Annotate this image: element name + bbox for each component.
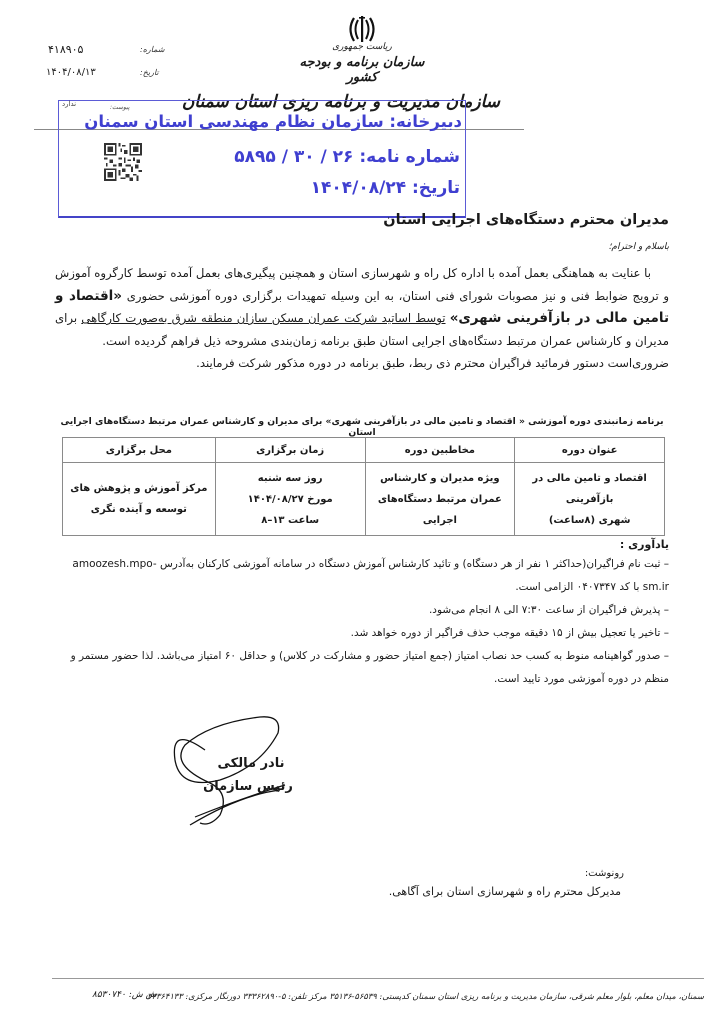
presidency-label: ریاست جمهوری xyxy=(330,42,394,52)
footer-divider xyxy=(52,978,704,979)
salutation: باسلام و احترام؛ xyxy=(609,242,669,252)
cell-text: ساعت ۱۳–۸ xyxy=(217,510,364,531)
table-row: اقتصاد و تامین مالی در بازآفرینی شهری (۸… xyxy=(63,463,665,536)
reminders-title: یادآوری : xyxy=(620,538,669,551)
cell-course-title: اقتصاد و تامین مالی در بازآفرینی شهری (۸… xyxy=(515,463,665,536)
letter-date-value: ۱۴۰۴/۰۸/۱۳ xyxy=(46,67,96,78)
cell-text: اقتصاد و تامین مالی در بازآفرینی xyxy=(516,468,663,510)
cell-time: روز سه شنبه مورخ ۱۴۰۴/۰۸/۲۷ ساعت ۱۳–۸ xyxy=(215,463,365,536)
body-paragraph-4: ضروری‌است دستور فرمائید فراگیران محترم ذ… xyxy=(55,352,669,375)
letter-number-value: ۴۱۸۹۰۵ xyxy=(48,43,83,56)
reminders-list: – ثبت نام فراگیران(حداکثر ۱ نفر از هر دس… xyxy=(55,553,669,691)
footer-address: سمنان، میدان معلم، بلوار معلم شرقی، سازم… xyxy=(147,991,704,1001)
header-course-title: عنوان دوره xyxy=(515,438,665,463)
body-instructors: توسط اساتید شرکت عمران مسکن سازان منطقه … xyxy=(81,311,445,325)
stamp-secretariat: دبیرخانه: سازمان نظام مهندسی استان سمنان xyxy=(84,112,462,131)
cell-text: ویژه مدیران و کارشناس xyxy=(367,468,514,489)
reminder-item: – ثبت نام فراگیران(حداکثر ۱ نفر از هر دس… xyxy=(55,553,669,599)
letter-body: با عنایت به هماهنگی بعمل آمده با اداره ک… xyxy=(55,262,669,375)
reminder-item: – پذیرش فراگیران از ساعت ۷:۳۰ الی ۸ انجا… xyxy=(55,599,669,622)
cell-text: توسعه و آینده نگری xyxy=(64,499,214,520)
cc-label: رونوشت: xyxy=(585,868,624,879)
reminder-item: – تاخیر یا تعجیل بیش از ۱۵ دقیقه موجب حذ… xyxy=(55,622,669,645)
stamp-letter-date: تاریخ: ۱۴۰۴/۰۸/۲۴ xyxy=(311,178,460,198)
qr-code-icon[interactable] xyxy=(104,143,142,181)
attachment-count: ندارد xyxy=(62,100,76,108)
reminder-item: – صدور گواهینامه منوط به کسب حد نصاب امت… xyxy=(55,645,669,691)
attachment-label: پیوست: xyxy=(110,104,130,111)
signer-title: رئیس سازمان xyxy=(198,779,298,794)
letter-number-label: شماره: xyxy=(140,45,165,54)
organization-name: سازمان برنامه و بودجه کشور xyxy=(298,55,426,85)
header-venue: محل برگزاری xyxy=(63,438,216,463)
cell-venue: مرکز آموزش و پژوهش های توسعه و آینده نگر… xyxy=(63,463,216,536)
iran-emblem-icon xyxy=(345,14,379,44)
body-paragraph-1: با عنایت به هماهنگی بعمل آمده با اداره ک… xyxy=(55,266,669,303)
header-audience: مخاطبین دوره xyxy=(365,438,515,463)
cell-text: اجرایی xyxy=(367,510,514,531)
cell-text: روز سه شنبه xyxy=(217,468,364,489)
letter-date-label: تاریخ: xyxy=(140,68,159,77)
signer-name: نادر مالکی xyxy=(206,756,296,771)
cc-recipient: مدیرکل محترم راه و شهرسازی استان برای آگ… xyxy=(389,885,621,898)
cell-audience: ویژه مدیران و کارشناس عمران مرتبط دستگاه… xyxy=(365,463,515,536)
schedule-table: عنوان دوره مخاطبین دوره زمان برگزاری محل… xyxy=(62,437,665,536)
schedule-caption: برنامه زمانبندی دوره آموزشی « اقتصاد و ت… xyxy=(55,416,669,438)
cell-text: مرکز آموزش و پژوهش های xyxy=(64,478,214,499)
stamp-letter-number: شماره نامه: ۲۶ / ۳۰ / ۵۸۹۵ xyxy=(234,147,460,167)
footer-ss-number: ش ش: ۸۵۳۰۷۴۰ xyxy=(92,990,157,1000)
addressee: مدیران محترم دستگاه‌های اجرایی استان xyxy=(383,212,669,228)
header-time: زمان برگزاری xyxy=(215,438,365,463)
cell-text: شهری (۸ساعت) xyxy=(516,510,663,531)
table-header-row: عنوان دوره مخاطبین دوره زمان برگزاری محل… xyxy=(63,438,665,463)
cell-text: عمران مرتبط دستگاه‌های xyxy=(367,489,514,510)
cell-text: مورخ ۱۴۰۴/۰۸/۲۷ xyxy=(217,489,364,510)
